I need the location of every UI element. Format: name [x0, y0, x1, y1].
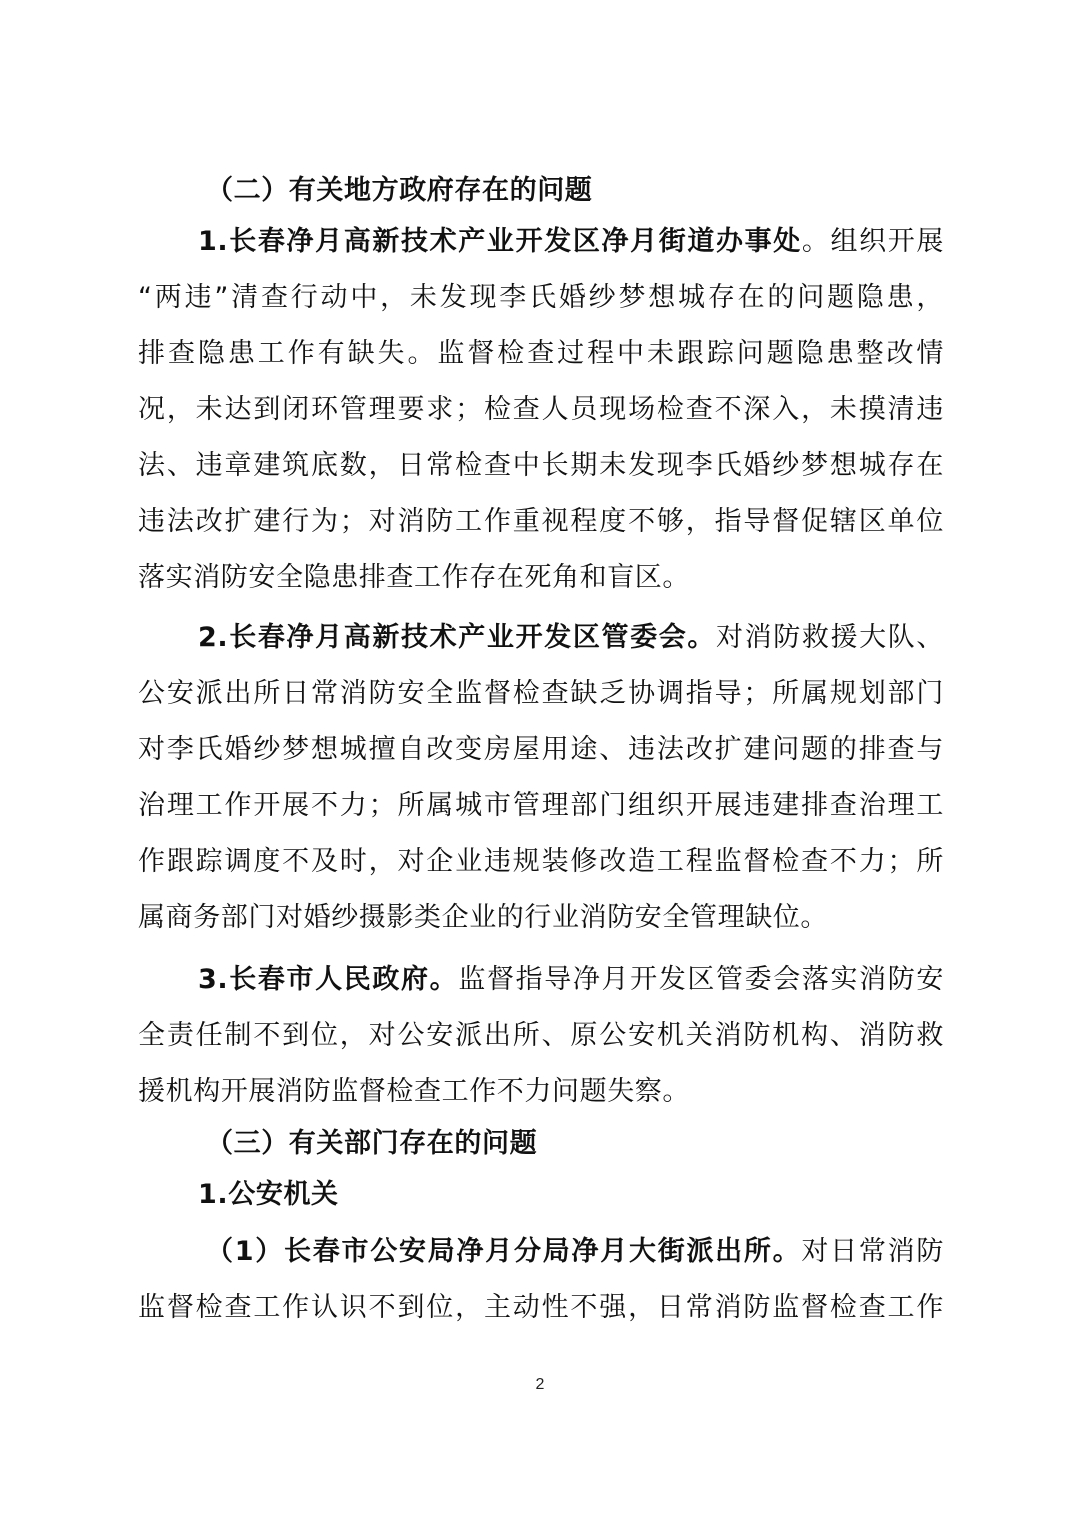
item-1-title-end: 。 — [802, 226, 831, 257]
item-3-line-2: 援机构开展消防监督检查工作不力问题失察。 — [138, 1072, 944, 1112]
item-1-line-5: 违法改扩建行为；对消防工作重视程度不够，指导督促辖区单位 — [138, 502, 944, 542]
item-3-title: 3.长春市人民政府。 — [198, 964, 458, 995]
item-2-line-0: 对消防救援大队、 — [716, 622, 944, 653]
subitem-1-title: （1）长春市公安局净月分局净月大街派出所。 — [206, 1236, 801, 1267]
item-2-first-line: 2.长春净月高新技术产业开发区管委会。对消防救援大队、 — [198, 618, 944, 658]
item-3-line-1: 全责任制不到位，对公安派出所、原公安机关消防机构、消防救 — [138, 1016, 944, 1056]
page-number: 2 — [0, 1375, 1080, 1395]
item-1-line-3: 况，未达到闭环管理要求；检查人员现场检查不深入，未摸清违 — [138, 390, 944, 430]
subheading-public-security: 1.公安机关 — [198, 1175, 944, 1215]
item-2-line-1: 公安派出所日常消防安全监督检查缺乏协调指导；所属规划部门 — [138, 674, 944, 714]
item-2-line-3: 治理工作开展不力；所属城市管理部门组织开展违建排查治理工 — [138, 786, 944, 826]
subitem-1-line-1: 监督检查工作认识不到位，主动性不强，日常消防监督检查工作 — [138, 1288, 944, 1328]
item-1-title: 1.长春净月高新技术产业开发区净月街道办事处 — [198, 226, 802, 257]
section-heading-departments: （三）有关部门存在的问题 — [206, 1124, 944, 1164]
item-1-line-0: 组织开展 — [831, 226, 945, 257]
item-1-line-6: 落实消防安全隐患排查工作存在死角和盲区。 — [138, 558, 944, 598]
item-1-line-1: “两违”清查行动中，未发现李氏婚纱梦想城存在的问题隐患， — [138, 278, 944, 318]
section-heading-local-government: （二）有关地方政府存在的问题 — [206, 171, 944, 211]
item-1-line-2: 排查隐患工作有缺失。监督检查过程中未跟踪问题隐患整改情 — [138, 334, 944, 374]
document-page: （二）有关地方政府存在的问题 1.长春净月高新技术产业开发区净月街道办事处。组织… — [0, 0, 1080, 1527]
item-2-line-5: 属商务部门对婚纱摄影类企业的行业消防安全管理缺位。 — [138, 898, 944, 938]
item-3-line-0: 监督指导净月开发区管委会落实消防安 — [458, 964, 944, 995]
item-1-first-line: 1.长春净月高新技术产业开发区净月街道办事处。组织开展 — [198, 222, 944, 262]
item-2-line-2: 对李氏婚纱梦想城擅自改变房屋用途、违法改扩建问题的排查与 — [138, 730, 944, 770]
item-2-title: 2.长春净月高新技术产业开发区管委会。 — [198, 622, 716, 653]
item-1-line-4: 法、违章建筑底数，日常检查中长期未发现李氏婚纱梦想城存在 — [138, 446, 944, 486]
item-2-line-4: 作跟踪调度不及时，对企业违规装修改造工程监督检查不力；所 — [138, 842, 944, 882]
subitem-1-first-line: （1）长春市公安局净月分局净月大街派出所。对日常消防 — [206, 1232, 944, 1272]
item-3-first-line: 3.长春市人民政府。监督指导净月开发区管委会落实消防安 — [198, 960, 944, 1000]
subitem-1-line-0: 对日常消防 — [801, 1236, 944, 1267]
